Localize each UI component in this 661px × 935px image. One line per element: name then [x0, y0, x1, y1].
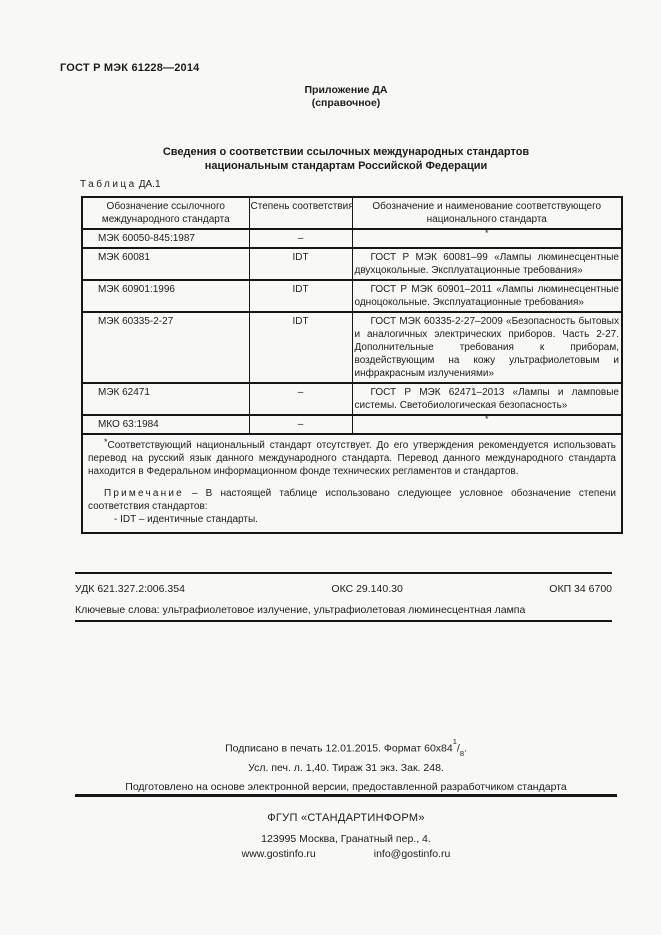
imprint-format-prefix: Подписано в печать 12.01.2015. Формат 60…	[225, 743, 453, 755]
table-caption: ТаблицаДА.1	[80, 179, 161, 190]
annex-type: (справочное)	[75, 97, 617, 110]
national-standard-cell: *	[352, 415, 622, 434]
keywords-line: Ключевые слова: ультрафиолетовое излучен…	[75, 604, 617, 616]
table-footnote-row: *Соответствующий национальный стандарт о…	[82, 434, 622, 533]
imprint-format-sup: 1	[453, 737, 457, 746]
publisher-email: info@gostinfo.ru	[374, 848, 451, 860]
reference-standard-cell: МЭК 60050-845:1987	[82, 229, 249, 248]
imprint-print-info: Подписано в печать 12.01.2015. Формат 60…	[75, 740, 617, 757]
correspondence-degree-cell: IDT	[249, 312, 352, 383]
footnote-text: Соответствующий национальный стандарт от…	[88, 440, 616, 477]
appendix-title-line2: национальным стандартам Российской Федер…	[75, 160, 617, 174]
appendix-title: Сведения о соответствии ссылочных междун…	[75, 146, 617, 173]
asterisk-marker: *	[485, 413, 489, 426]
footnote-marker: *	[104, 437, 108, 447]
correspondence-degree-cell: IDT	[249, 280, 352, 312]
table-row: МЭК 60050-845:1987 – *	[82, 229, 622, 248]
publisher-address: 123995 Москва, Гранатный пер., 4.	[75, 833, 617, 845]
annex-heading: Приложение ДА (справочное)	[75, 84, 617, 110]
reference-standard-cell: МЭК 60081	[82, 248, 249, 280]
oks-code: ОКС 29.140.30	[331, 583, 402, 595]
asterisk-marker: *	[485, 227, 489, 240]
header-correspondence-degree: Степень соответствия	[249, 197, 352, 229]
publisher-name: ФГУП «СТАНДАРТИНФОРМ»	[75, 812, 617, 824]
imprint-prepared-note: Подготовлено на основе электронной верси…	[75, 781, 617, 793]
document-page: ГОСТ Р МЭК 61228—2014 Приложение ДА (спр…	[0, 0, 661, 935]
national-standard-cell: ГОСТ Р МЭК 62471–2013 «Лампы и ламповые …	[352, 383, 622, 415]
publisher-website: www.gostinfo.ru	[242, 848, 316, 860]
publisher-divider-rule	[75, 794, 617, 797]
table-row: МКО 63:1984 – *	[82, 415, 622, 434]
table-header-row: Обозначение ссылочного международного ст…	[82, 197, 622, 229]
imprint-format-sub: 8	[460, 749, 464, 758]
annex-label: Приложение ДА	[75, 84, 617, 97]
reference-standard-cell: МЭК 60335-2-27	[82, 312, 249, 383]
header-national-standard: Обозначение и наименование соответствующ…	[352, 197, 622, 229]
table-caption-number: ДА.1	[139, 179, 161, 190]
reference-standard-cell: МКО 63:1984	[82, 415, 249, 434]
table-footnote-cell: *Соответствующий национальный стандарт о…	[82, 434, 622, 533]
reference-standard-cell: МЭК 60901:1996	[82, 280, 249, 312]
header-reference-standard: Обозначение ссылочного международного ст…	[82, 197, 249, 229]
national-standard-cell: ГОСТ Р МЭК 60901–2011 «Лампы люминесцент…	[352, 280, 622, 312]
imprint-edition-info: Усл. печ. л. 1,40. Тираж 31 экз. Зак. 24…	[75, 762, 617, 774]
note-item-idt: - IDT – идентичные стандарты.	[114, 513, 616, 526]
national-standard-cell: ГОСТ Р МЭК 60081–99 «Лампы люминесцентны…	[352, 248, 622, 280]
table-row: МЭК 62471 – ГОСТ Р МЭК 62471–2013 «Лампы…	[82, 383, 622, 415]
table-footnote: *Соответствующий национальный стандарт о…	[88, 439, 616, 478]
standards-correspondence-table: Обозначение ссылочного международного ст…	[81, 196, 623, 534]
correspondence-degree-cell: –	[249, 383, 352, 415]
classification-codes-row: УДК 621.327.2:006.354 ОКС 29.140.30 ОКП …	[75, 583, 612, 595]
national-standard-cell: *	[352, 229, 622, 248]
table-row: МЭК 60335-2-27 IDT ГОСТ МЭК 60335-2-27–2…	[82, 312, 622, 383]
table-row: МЭК 60901:1996 IDT ГОСТ Р МЭК 60901–2011…	[82, 280, 622, 312]
divider-rule-bottom	[75, 620, 612, 622]
doc-code: ГОСТ Р МЭК 61228—2014	[60, 62, 200, 74]
okp-code: ОКП 34 6700	[549, 583, 612, 595]
appendix-title-line1: Сведения о соответствии ссылочных междун…	[75, 146, 617, 160]
note-label: Примечание	[104, 488, 184, 499]
reference-standard-cell: МЭК 62471	[82, 383, 249, 415]
national-standard-cell: ГОСТ МЭК 60335-2-27–2009 «Безопасность б…	[352, 312, 622, 383]
correspondence-degree-cell: –	[249, 229, 352, 248]
table-caption-label: Таблица	[80, 179, 137, 190]
correspondence-degree-cell: IDT	[249, 248, 352, 280]
divider-rule-top	[75, 572, 612, 574]
imprint-format-suffix: .	[464, 743, 467, 755]
udk-code: УДК 621.327.2:006.354	[75, 583, 185, 595]
table-note: Примечание – В настоящей таблице использ…	[88, 487, 616, 513]
table-row: МЭК 60081 IDT ГОСТ Р МЭК 60081–99 «Лампы…	[82, 248, 622, 280]
correspondence-degree-cell: –	[249, 415, 352, 434]
publisher-contacts: www.gostinfo.ru info@gostinfo.ru	[75, 848, 617, 860]
